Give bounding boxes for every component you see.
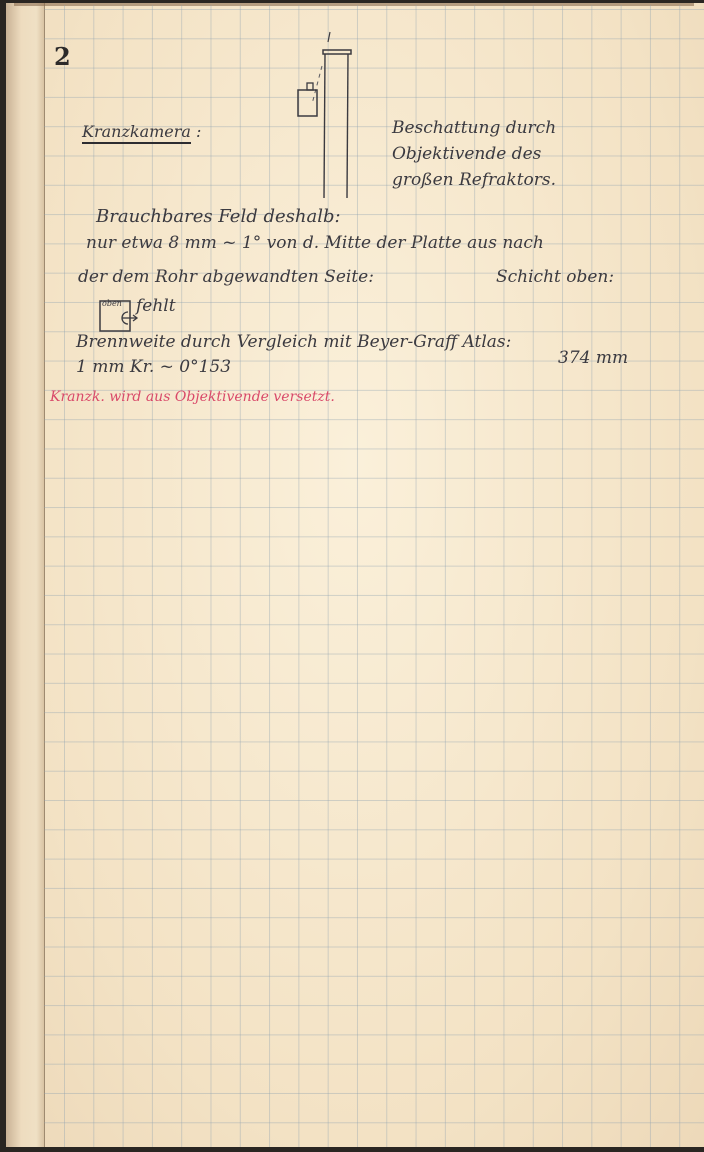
heading-text: Kranzkamera: [82, 122, 191, 144]
page-binding-margin: [6, 3, 45, 1147]
refractor-sketch-icon: [290, 30, 360, 205]
text-line-3-main: der dem Rohr abgewandten Seite:: [78, 267, 374, 287]
plate-label: oben: [102, 299, 122, 308]
shading-note: Beschattung durch Objektivende des große…: [392, 115, 556, 193]
red-annotation: Kranzk. wird aus Objektivende versetzt.: [50, 389, 335, 405]
shading-note-line: Beschattung durch: [392, 115, 556, 141]
text-line-3-tail: Schicht oben:: [496, 267, 614, 287]
heading-colon: :: [196, 122, 201, 141]
missing-label: fehlt: [136, 296, 176, 316]
grid-lines: [44, 5, 704, 1147]
section-heading: Kranzkamera :: [82, 122, 201, 141]
text-line-2: nur etwa 8 mm ~ 1° von d. Mitte der Plat…: [86, 233, 544, 253]
shading-note-line: Objektivende des: [392, 141, 556, 167]
page-number: 2: [54, 42, 71, 71]
text-line-3: der dem Rohr abgewandten Seite: Schicht …: [78, 267, 374, 287]
shading-note-line: großen Refraktors.: [392, 167, 556, 193]
focal-length-value: 374 mm: [558, 348, 628, 368]
text-line-1: Brauchbares Feld deshalb:: [96, 206, 341, 227]
text-line-5: 1 mm Kr. ~ 0°153: [76, 357, 231, 377]
text-line-4: Brennweite durch Vergleich mit Beyer-Gra…: [76, 332, 511, 352]
